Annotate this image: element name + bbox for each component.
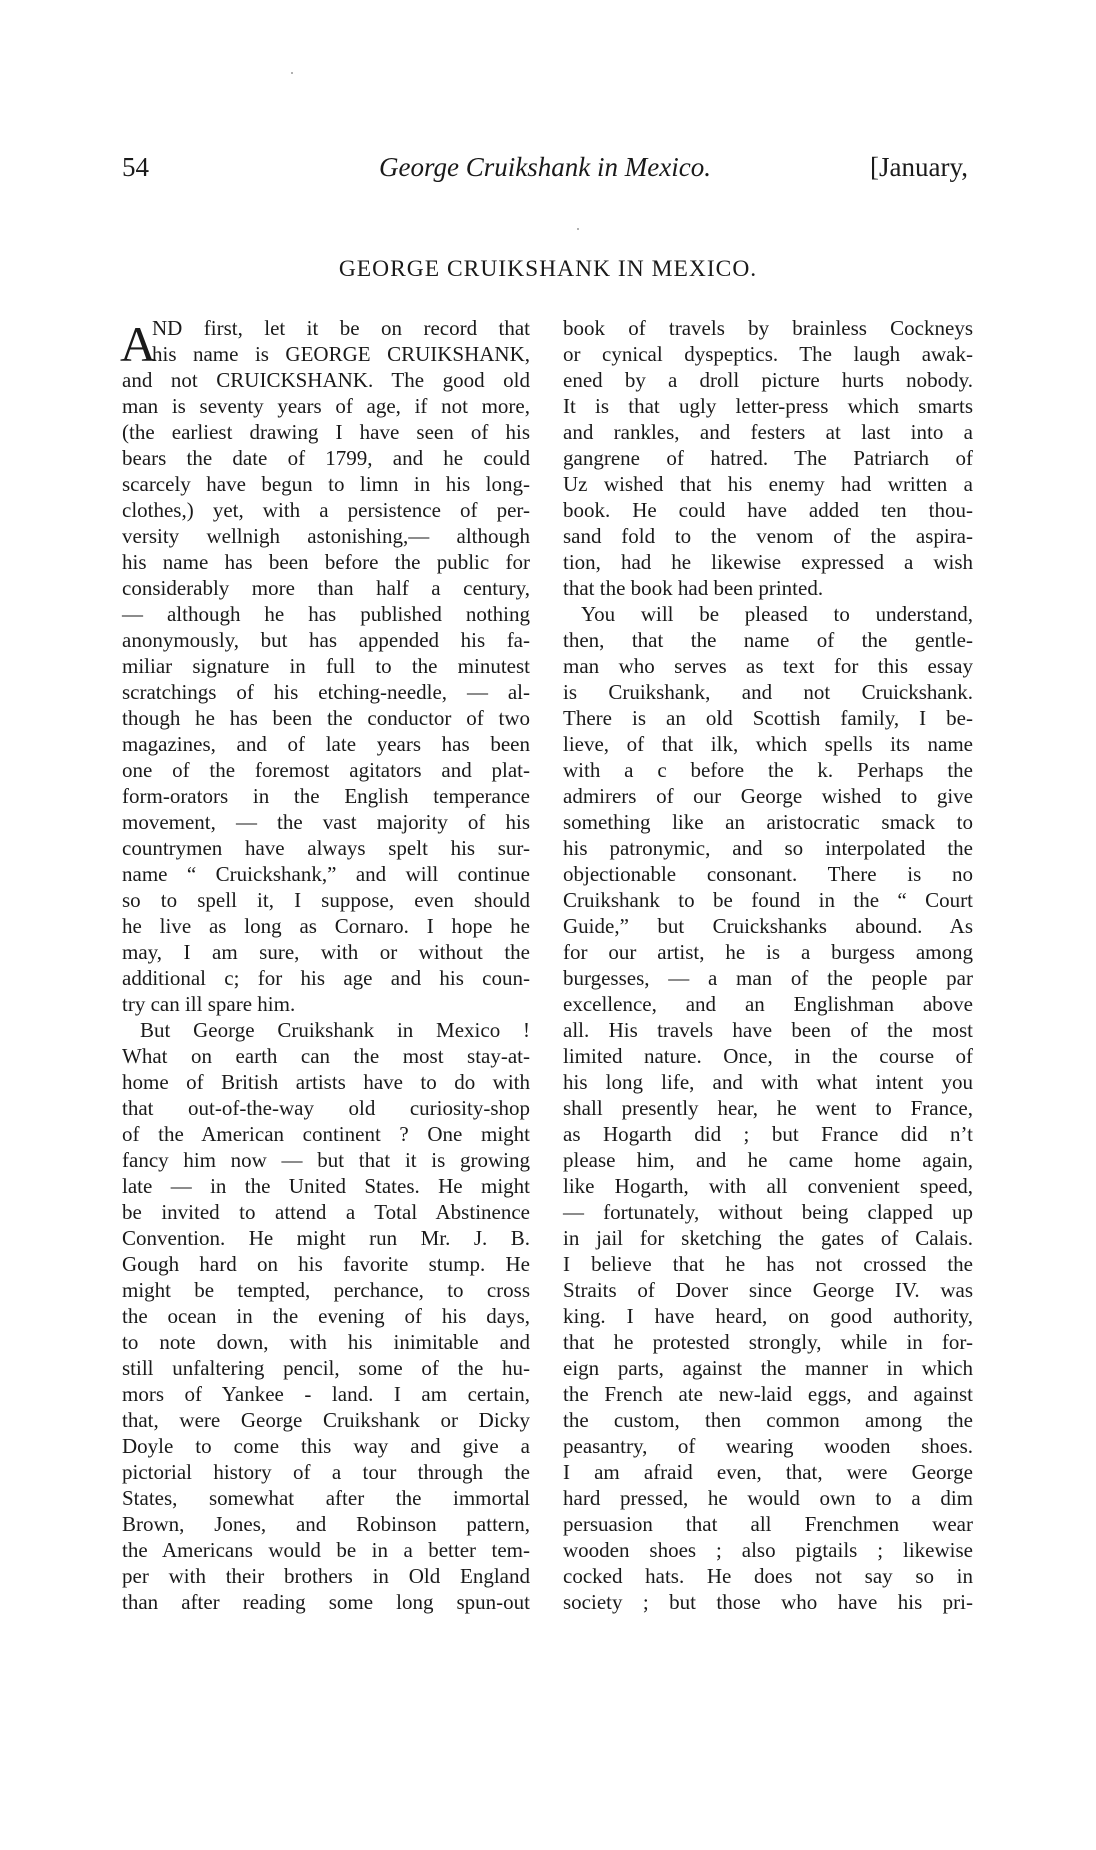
text-line: his name has been before the public for xyxy=(122,549,530,575)
text-line: scratchings of his etching-needle, — al- xyxy=(122,679,530,705)
right-column: book of travels by brainless Cockneysor … xyxy=(563,315,973,1615)
text-line: book of travels by brainless Cockneys xyxy=(563,315,973,341)
text-line: sand fold to the venom of the aspira- xyxy=(563,523,973,549)
text-line: something like an aristocratic smack to xyxy=(563,809,973,835)
text-line: burgesses, — a man of the people par xyxy=(563,965,973,991)
text-line: limited nature. Once, in the course of xyxy=(563,1043,973,1069)
text-line: please him, and he came home again, xyxy=(563,1147,973,1173)
text-line: the French ate new-laid eggs, and agains… xyxy=(563,1381,973,1407)
text-line: to note down, with his inimitable and xyxy=(122,1329,530,1355)
text-line: tion, had he likewise expressed a wish xyxy=(563,549,973,575)
text-line: the custom, then common among the xyxy=(563,1407,973,1433)
text-line: man who serves as text for this essay xyxy=(563,653,973,679)
text-line: eign parts, against the manner in which xyxy=(563,1355,973,1381)
text-line: of the American continent ? One might xyxy=(122,1121,530,1147)
text-line: book. He could have added ten thou- xyxy=(563,497,973,523)
text-line: that, were George Cruikshank or Dicky xyxy=(122,1407,530,1433)
text-line: hard pressed, he would own to a dim xyxy=(563,1485,973,1511)
text-line: Doyle to come this way and give a xyxy=(122,1433,530,1459)
text-line: pictorial history of a tour through the xyxy=(122,1459,530,1485)
text-line: — fortunately, without being clapped up xyxy=(563,1199,973,1225)
text-line: ened by a droll picture hurts nobody. xyxy=(563,367,973,393)
text-line: persuasion that all Frenchmen wear xyxy=(563,1511,973,1537)
text-line: still unfaltering pencil, some of the hu… xyxy=(122,1355,530,1381)
text-line: per with their brothers in Old England xyxy=(122,1563,530,1589)
text-line: and rankles, and festers at last into a xyxy=(563,419,973,445)
text-line: I am afraid even, that, were George xyxy=(563,1459,973,1485)
running-head: 54 George Cruikshank in Mexico. [January… xyxy=(122,152,968,188)
text-line: cocked hats. He does not say so in xyxy=(563,1563,973,1589)
text-line: late — in the United States. He might xyxy=(122,1173,530,1199)
text-line: one of the foremost agitators and plat- xyxy=(122,757,530,783)
text-line: try can ill spare him. xyxy=(122,991,530,1017)
text-line: Guide,” but Cruickshanks abound. As xyxy=(563,913,973,939)
text-line: with a c before the k. Perhaps the xyxy=(563,757,973,783)
text-line: countrymen have always spelt his sur- xyxy=(122,835,530,861)
text-line: admirers of our George wished to give xyxy=(563,783,973,809)
text-line: magazines, and of late years has been xyxy=(122,731,530,757)
text-line: form-orators in the English temperance xyxy=(122,783,530,809)
text-line: wooden shoes ; also pigtails ; likewise xyxy=(563,1537,973,1563)
text-line: objectionable consonant. There is no xyxy=(563,861,973,887)
text-line: or cynical dyspeptics. The laugh awak- xyxy=(563,341,973,367)
text-line: society ; but those who have his pri- xyxy=(563,1589,973,1615)
text-line: — although he has published nothing xyxy=(122,601,530,627)
text-line: additional c; for his age and his coun- xyxy=(122,965,530,991)
text-line: It is that ugly letter-press which smart… xyxy=(563,393,973,419)
text-line: Cruikshank to be found in the “ Court xyxy=(563,887,973,913)
running-title: George Cruikshank in Mexico. xyxy=(122,152,968,183)
text-line: fancy him now — but that it is growing xyxy=(122,1147,530,1173)
text-line: gangrene of hatred. The Patriarch of xyxy=(563,445,973,471)
text-line: the Americans would be in a better tem- xyxy=(122,1537,530,1563)
text-line: his name is GEORGE CRUIKSHANK, xyxy=(122,341,530,367)
text-line: name “ Cruickshank,” and will continue xyxy=(122,861,530,887)
text-line: scarcely have begun to limn in his long- xyxy=(122,471,530,497)
print-speck xyxy=(291,72,293,74)
article-title: GEORGE CRUIKSHANK IN MEXICO. xyxy=(0,256,1096,283)
text-line: States, somewhat after the immortal xyxy=(122,1485,530,1511)
text-line: so to spell it, I suppose, even should xyxy=(122,887,530,913)
text-line: may, I am sure, with or without the xyxy=(122,939,530,965)
journal-page: 54 George Cruikshank in Mexico. [January… xyxy=(0,0,1096,1850)
text-line: that he protested strongly, while in for… xyxy=(563,1329,973,1355)
text-line: the ocean in the evening of his days, xyxy=(122,1303,530,1329)
text-line: mors of Yankee - land. I am certain, xyxy=(122,1381,530,1407)
text-line: king. I have heard, on good authority, xyxy=(563,1303,973,1329)
text-line: lieve, of that ilk, which spells its nam… xyxy=(563,731,973,757)
text-line: clothes,) yet, with a persistence of per… xyxy=(122,497,530,523)
text-line: that the book had been printed. xyxy=(563,575,973,601)
text-line: man is seventy years of age, if not more… xyxy=(122,393,530,419)
text-line: Uz wished that his enemy had written a xyxy=(563,471,973,497)
text-line: You will be pleased to understand, xyxy=(563,601,973,627)
text-line: excellence, and an Englishman above xyxy=(563,991,973,1017)
print-speck xyxy=(577,228,579,230)
text-line: considerably more than half a century, xyxy=(122,575,530,601)
text-line: Brown, Jones, and Robinson pattern, xyxy=(122,1511,530,1537)
drop-cap: A xyxy=(120,319,156,369)
text-line: Convention. He might run Mr. J. B. xyxy=(122,1225,530,1251)
text-line: as Hogarth did ; but France did n’t xyxy=(563,1121,973,1147)
text-line: miliar signature in full to the minutest xyxy=(122,653,530,679)
text-line: (the earliest drawing I have seen of his xyxy=(122,419,530,445)
text-line: for our artist, he is a burgess among xyxy=(563,939,973,965)
text-line: versity wellnigh astonishing,— although xyxy=(122,523,530,549)
text-line: shall presently hear, he went to France, xyxy=(563,1095,973,1121)
text-line: though he has been the conductor of two xyxy=(122,705,530,731)
text-line: Straits of Dover since George IV. was xyxy=(563,1277,973,1303)
text-line: bears the date of 1799, and he could xyxy=(122,445,530,471)
text-line: ND first, let it be on record that xyxy=(122,315,530,341)
text-line: like Hogarth, with all convenient speed, xyxy=(563,1173,973,1199)
text-line: in jail for sketching the gates of Calai… xyxy=(563,1225,973,1251)
text-line: then, that the name of the gentle- xyxy=(563,627,973,653)
text-line: Gough hard on his favorite stump. He xyxy=(122,1251,530,1277)
text-line: peasantry, of wearing wooden shoes. xyxy=(563,1433,973,1459)
text-line: movement, — the vast majority of his xyxy=(122,809,530,835)
text-line: he live as long as Cornaro. I hope he xyxy=(122,913,530,939)
text-line: that out-of-the-way old curiosity-shop xyxy=(122,1095,530,1121)
text-line: is Cruikshank, and not Cruickshank. xyxy=(563,679,973,705)
text-line: There is an old Scottish family, I be- xyxy=(563,705,973,731)
text-line: But George Cruikshank in Mexico ! xyxy=(122,1017,530,1043)
text-line: anonymously, but has appended his fa- xyxy=(122,627,530,653)
left-column: A ND first, let it be on record thathis … xyxy=(122,315,530,1615)
text-line: than after reading some long spun-out xyxy=(122,1589,530,1615)
text-line: all. His travels have been of the most xyxy=(563,1017,973,1043)
text-line: What on earth can the most stay-at- xyxy=(122,1043,530,1069)
text-line: and not CRUICKSHANK. The good old xyxy=(122,367,530,393)
text-line: be invited to attend a Total Abstinence xyxy=(122,1199,530,1225)
text-line: might be tempted, perchance, to cross xyxy=(122,1277,530,1303)
text-line: I believe that he has not crossed the xyxy=(563,1251,973,1277)
issue-month: [January, xyxy=(870,152,968,183)
text-line: his long life, and with what intent you xyxy=(563,1069,973,1095)
text-line: home of British artists have to do with xyxy=(122,1069,530,1095)
text-line: his patronymic, and so interpolated the xyxy=(563,835,973,861)
